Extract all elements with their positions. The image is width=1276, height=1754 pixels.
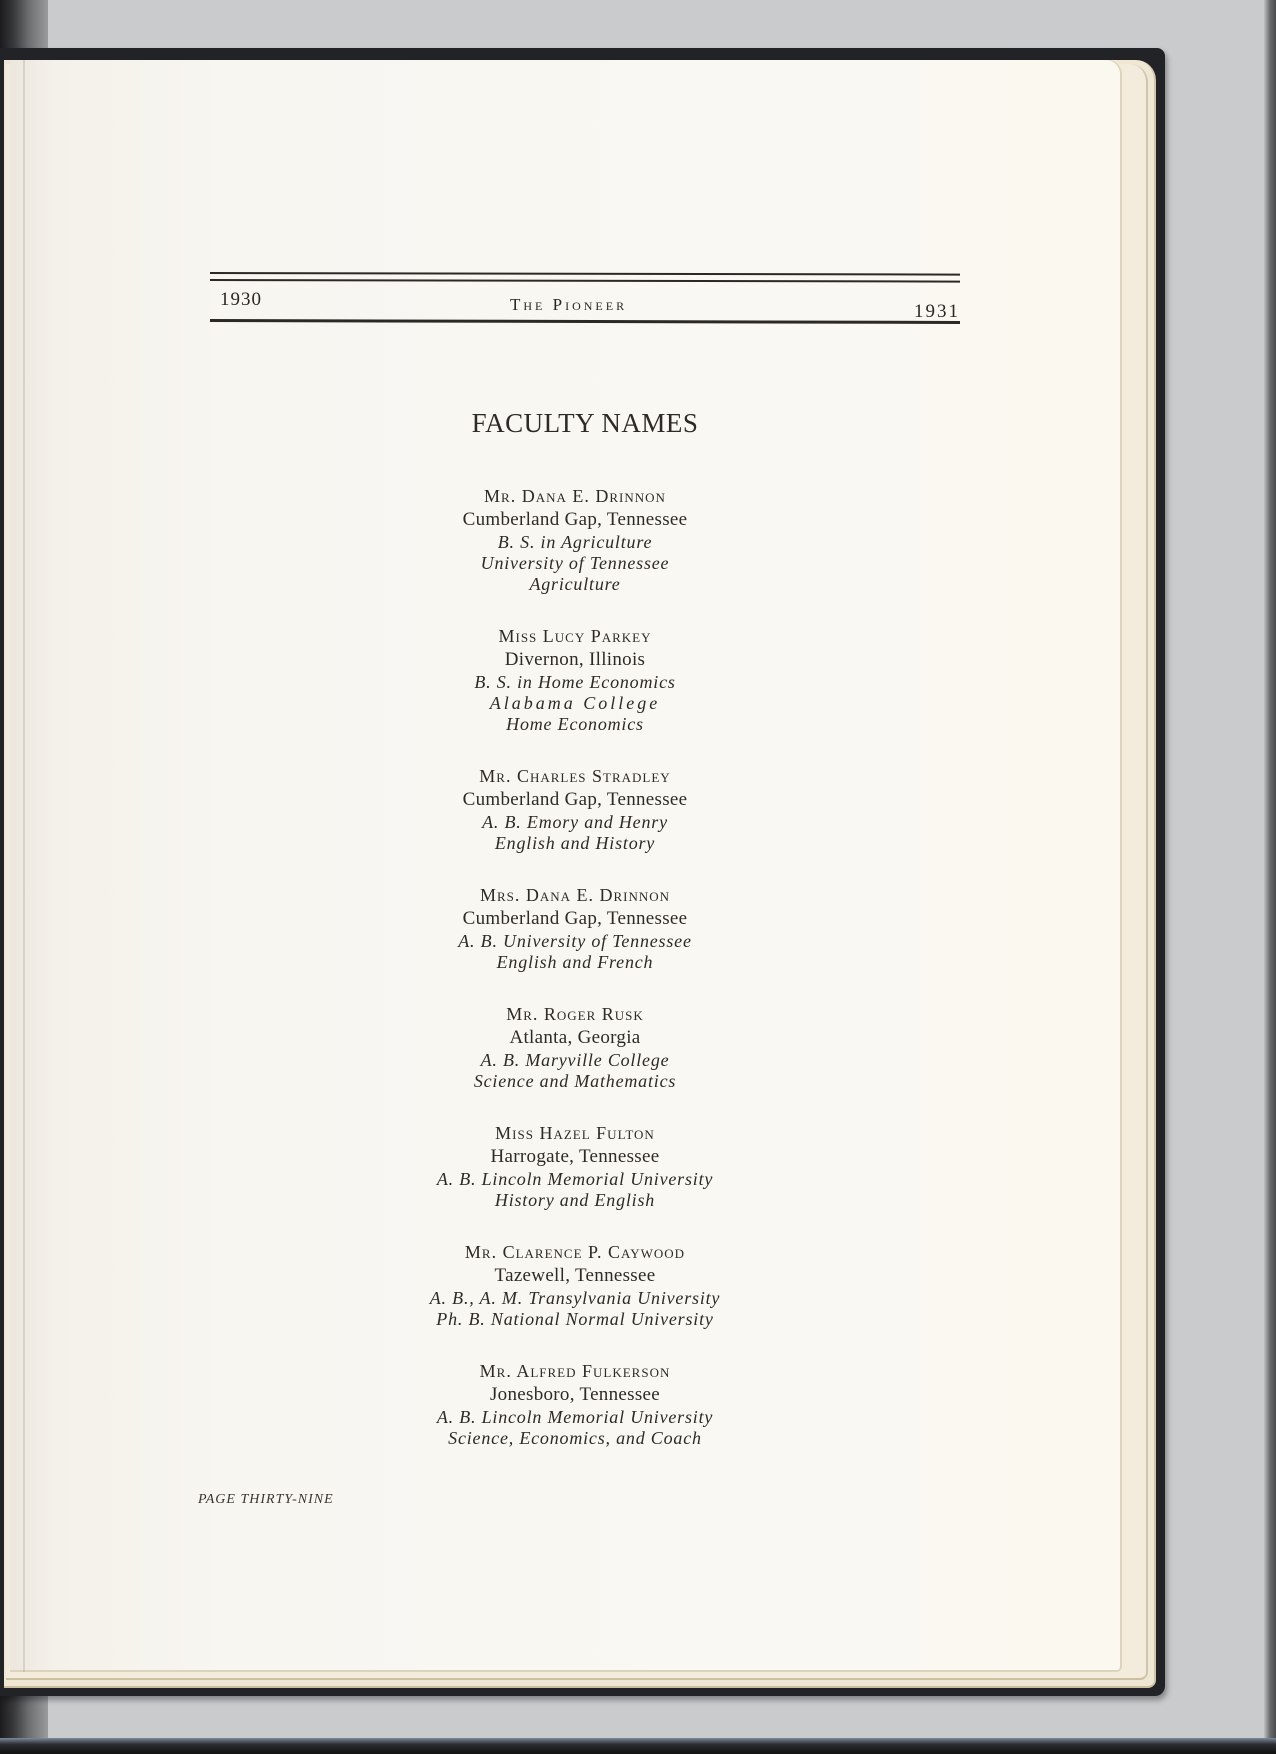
running-header: 1930 The Pioneer 1931 [210, 267, 960, 337]
header-publication-title: The Pioneer [510, 295, 627, 315]
faculty-name: Miss Lucy Parkey [0, 624, 1150, 648]
faculty-subject: Science and Mathematics [0, 1071, 1150, 1092]
faculty-degree: A. B. University of Tennessee [0, 931, 1150, 952]
faculty-degree: B. S. in Agriculture [0, 532, 1150, 553]
header-rule-bottom [210, 319, 960, 324]
faculty-name: Mr. Dana E. Drinnon [0, 484, 1150, 508]
scanner-edge-right [1264, 0, 1276, 1754]
page-title: FACULTY NAMES [0, 408, 1170, 439]
faculty-list: Mr. Dana E. Drinnon Cumberland Gap, Tenn… [0, 484, 1150, 1478]
faculty-degree: A. B., A. M. Transylvania University [0, 1288, 1150, 1309]
faculty-hometown: Jonesboro, Tennessee [0, 1383, 1150, 1407]
header-year-right: 1931 [914, 301, 960, 323]
header-year-left: 1930 [220, 289, 262, 311]
faculty-entry: Miss Lucy Parkey Divernon, Illinois B. S… [0, 624, 1150, 735]
page-number-footer: PAGE THIRTY-NINE [198, 1492, 334, 1508]
faculty-entry: Mr. Roger Rusk Atlanta, Georgia A. B. Ma… [0, 1002, 1150, 1092]
faculty-entry: Miss Hazel Fulton Harrogate, Tennessee A… [0, 1121, 1150, 1211]
faculty-name: Mr. Charles Stradley [0, 764, 1150, 788]
faculty-institution: Alabama College [0, 693, 1150, 714]
faculty-entry: Mrs. Dana E. Drinnon Cumberland Gap, Ten… [0, 883, 1150, 973]
faculty-subject: Science, Economics, and Coach [0, 1428, 1150, 1449]
faculty-name: Mr. Alfred Fulkerson [0, 1359, 1150, 1383]
faculty-degree: A. B. Lincoln Memorial University [0, 1169, 1150, 1190]
faculty-name: Mr. Roger Rusk [0, 1002, 1150, 1026]
faculty-subject: English and History [0, 833, 1150, 854]
faculty-entry: Mr. Alfred Fulkerson Jonesboro, Tennesse… [0, 1359, 1150, 1449]
header-rule-top-second [210, 279, 960, 283]
faculty-hometown: Divernon, Illinois [0, 648, 1150, 672]
faculty-name: Miss Hazel Fulton [0, 1121, 1150, 1145]
faculty-institution: University of Tennessee [0, 553, 1150, 574]
faculty-hometown: Atlanta, Georgia [0, 1026, 1150, 1050]
faculty-hometown: Cumberland Gap, Tennessee [0, 907, 1150, 931]
faculty-subject: English and French [0, 952, 1150, 973]
faculty-degree: A. B. Lincoln Memorial University [0, 1407, 1150, 1428]
faculty-subject: History and English [0, 1190, 1150, 1211]
faculty-name: Mrs. Dana E. Drinnon [0, 883, 1150, 907]
faculty-subject: Home Economics [0, 714, 1150, 735]
faculty-degree-second: Ph. B. National Normal University [0, 1309, 1150, 1330]
faculty-hometown: Cumberland Gap, Tennessee [0, 508, 1150, 532]
faculty-entry: Mr. Dana E. Drinnon Cumberland Gap, Tenn… [0, 484, 1150, 595]
faculty-name: Mr. Clarence P. Caywood [0, 1240, 1150, 1264]
faculty-entry: Mr. Clarence P. Caywood Tazewell, Tennes… [0, 1240, 1150, 1330]
faculty-degree: A. B. Maryville College [0, 1050, 1150, 1071]
faculty-hometown: Tazewell, Tennessee [0, 1264, 1150, 1288]
faculty-subject: Agriculture [0, 574, 1150, 595]
faculty-hometown: Cumberland Gap, Tennessee [0, 788, 1150, 812]
faculty-degree: A. B. Emory and Henry [0, 812, 1150, 833]
faculty-hometown: Harrogate, Tennessee [0, 1145, 1150, 1169]
header-rule-top [210, 272, 960, 276]
faculty-degree: B. S. in Home Economics [0, 672, 1150, 693]
scanner-edge-bottom [0, 1738, 1276, 1754]
faculty-entry: Mr. Charles Stradley Cumberland Gap, Ten… [0, 764, 1150, 854]
